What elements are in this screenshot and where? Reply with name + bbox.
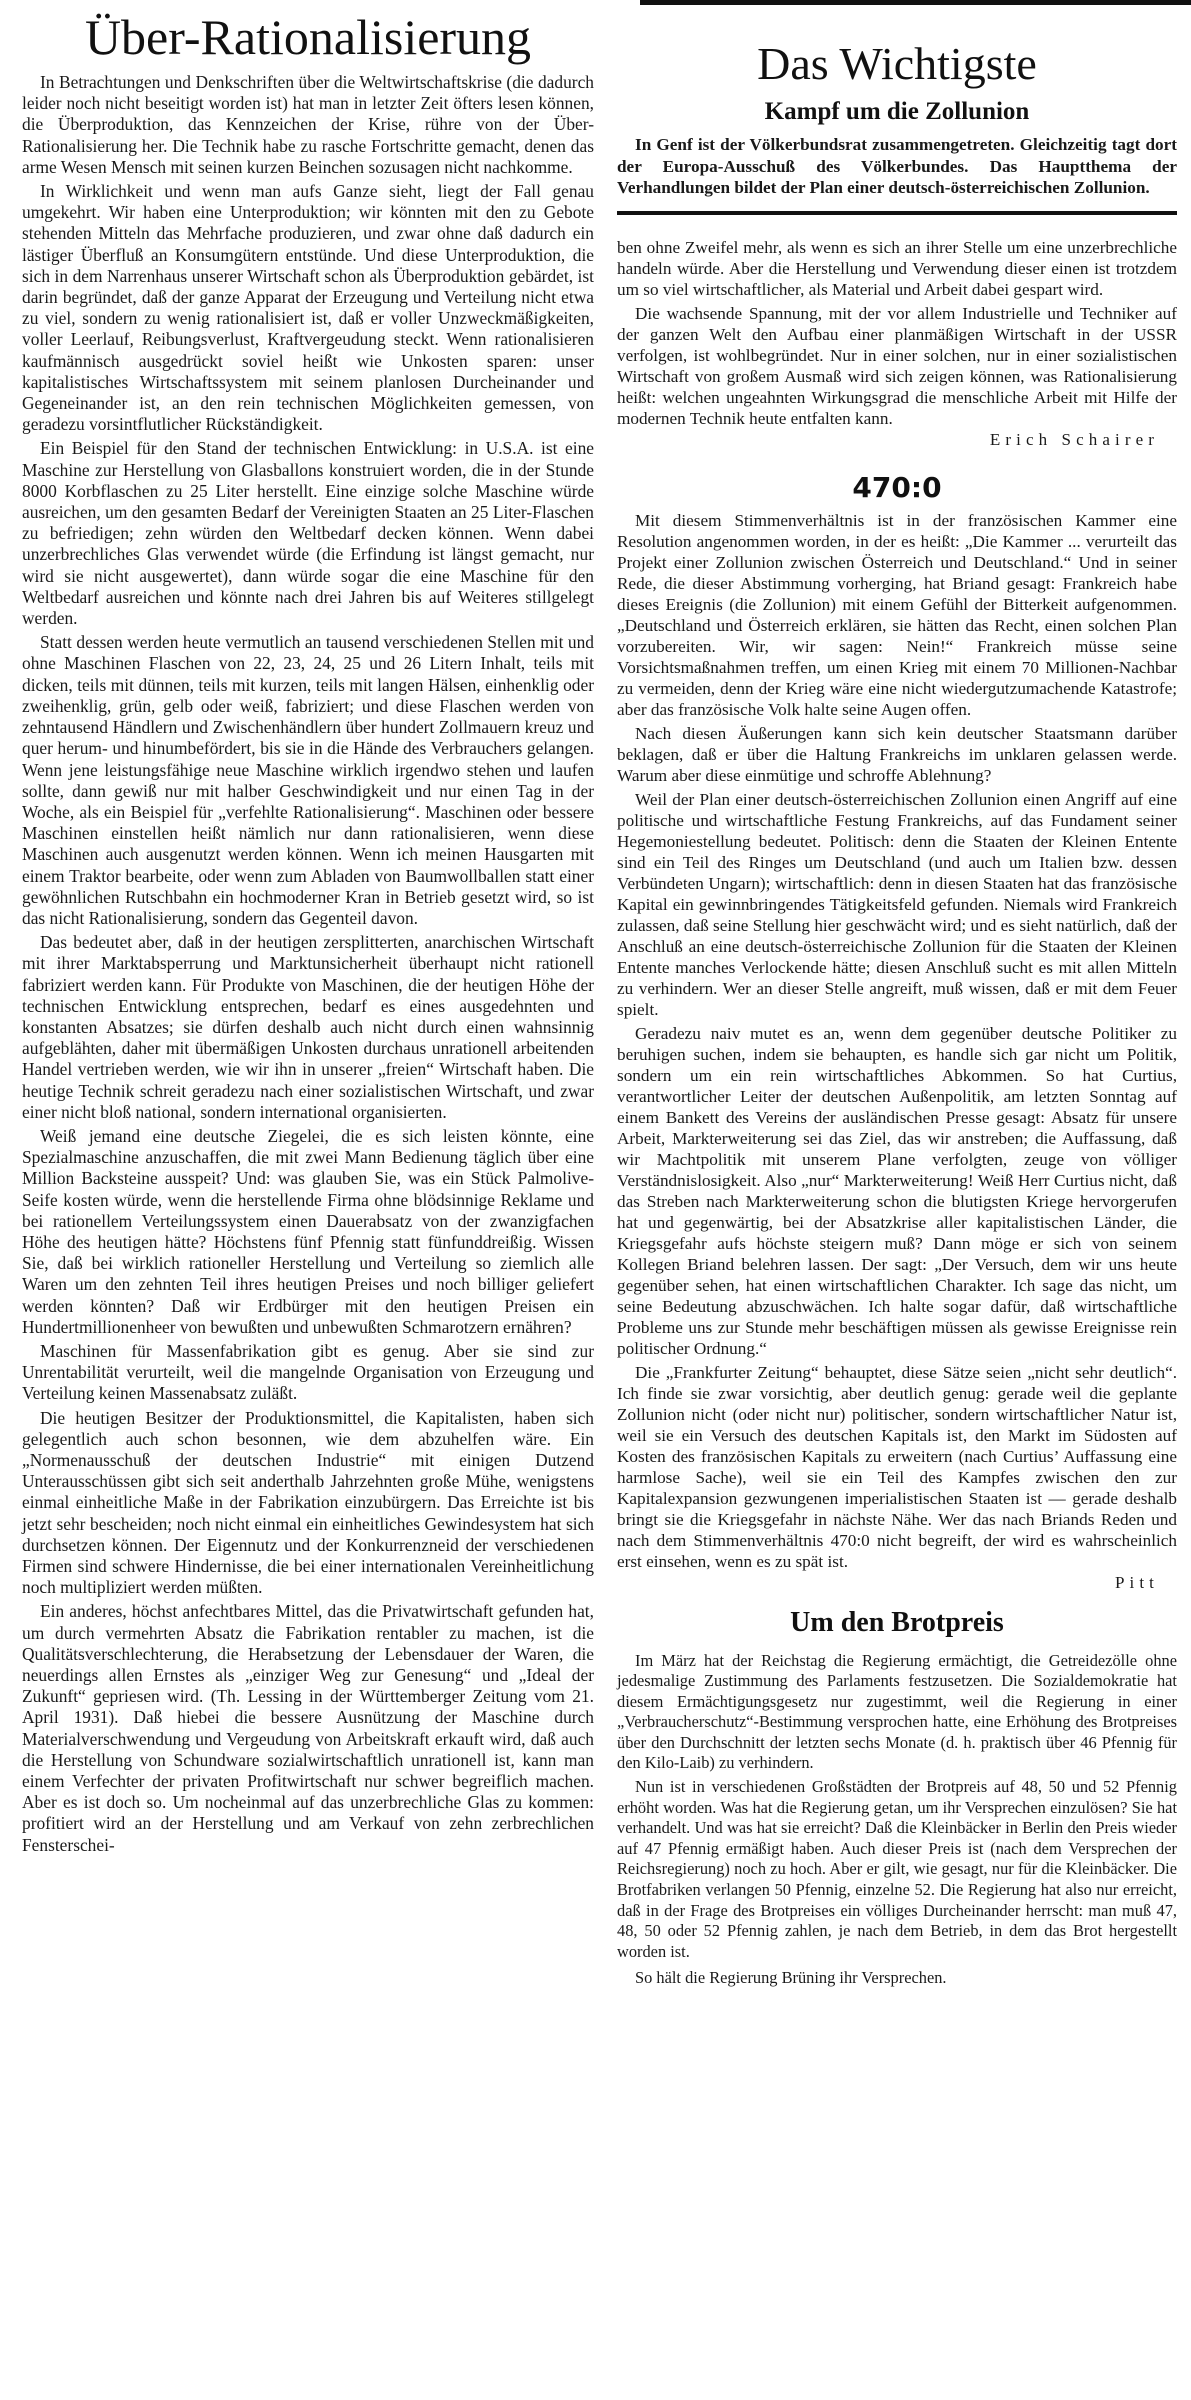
author-signature: Pitt xyxy=(617,1572,1159,1593)
paragraph: Weil der Plan einer deutsch-österreichis… xyxy=(617,789,1177,1020)
lead-paragraph: In Genf ist der Völkerbundsrat zusammeng… xyxy=(617,134,1177,199)
bread-article-body: Im März hat der Reichstag die Regierung … xyxy=(617,1651,1177,1990)
paragraph: Die „Frankfurter Zeitung“ behauptet, die… xyxy=(617,1362,1177,1572)
continuation-paragraph: Die wachsende Spannung, mit der vor alle… xyxy=(617,303,1177,429)
paragraph: Weiß jemand eine deutsche Ziegelei, die … xyxy=(22,1126,594,1338)
article-title-um-den-brotpreis: Um den Brotpreis xyxy=(617,1607,1177,1639)
paragraph: Die heutigen Besitzer der Produktionsmit… xyxy=(22,1408,594,1599)
paragraph: Im März hat der Reichstag die Regierung … xyxy=(617,1651,1177,1775)
author-signature: Erich Schairer xyxy=(617,429,1159,450)
paragraph: Maschinen für Massenfabrikation gibt es … xyxy=(22,1341,594,1405)
section-title-das-wichtigste: Das Wichtigste xyxy=(617,36,1177,92)
paragraph: Ein Beispiel für den Stand der technisch… xyxy=(22,438,594,629)
left-column: Über-Rationalisierung In Betrachtungen u… xyxy=(22,0,594,1856)
paragraph: Geradezu naiv mutet es an, wenn dem gege… xyxy=(617,1023,1177,1359)
paragraph: In Betrachtungen und Denkschriften über … xyxy=(22,72,594,178)
newspaper-page: Über-Rationalisierung In Betrachtungen u… xyxy=(0,0,1191,2400)
subtitle-kampf-um-die-zollunion: Kampf um die Zollunion xyxy=(617,96,1177,128)
paragraph: In Wirklichkeit und wenn man aufs Ganze … xyxy=(22,181,594,435)
continuation-paragraph: ben ohne Zweifel mehr, als wenn es sich … xyxy=(617,237,1177,300)
paragraph: Nach diesen Äußerungen kann sich kein de… xyxy=(617,723,1177,786)
right-column: Das Wichtigste Kampf um die Zollunion In… xyxy=(617,0,1177,1989)
paragraph: Statt dessen werden heute vermutlich an … xyxy=(22,632,594,929)
paragraph: Mit diesem Stimmenverhältnis ist in der … xyxy=(617,510,1177,720)
paragraph: So hält die Regierung Brüning ihr Verspr… xyxy=(617,1968,1177,1989)
article-title-ueber-rationalisierung: Über-Rationalisierung xyxy=(22,6,594,68)
paragraph: Ein anderes, höchst anfechtbares Mittel,… xyxy=(22,1601,594,1855)
lead-box: In Genf ist der Völkerbundsrat zusammeng… xyxy=(617,134,1177,215)
paragraph: Nun ist in verschiedenen Großstädten der… xyxy=(617,1777,1177,1962)
paragraph: Das bedeutet aber, daß in der heutigen z… xyxy=(22,932,594,1123)
article-title-470-0: 470:0 xyxy=(617,472,1177,504)
